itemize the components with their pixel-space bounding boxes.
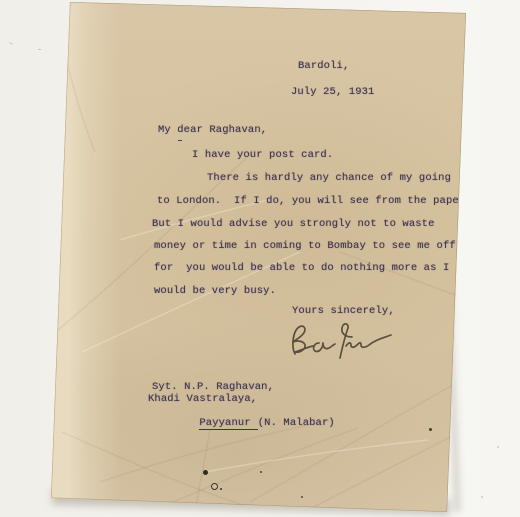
scanner-scratch	[38, 49, 41, 50]
address-town-underlined: Payyanur	[199, 417, 257, 430]
address-line: Khadi Vastralaya,	[148, 393, 257, 405]
letter-paper: Bardoli, July 25, 1931 My dear Raghavan,…	[0, 0, 520, 517]
ink-speck	[220, 488, 222, 490]
ink-speck	[429, 428, 432, 431]
body-line: I have your post card.	[192, 149, 333, 161]
scanner-speck	[497, 446, 499, 448]
body-line: money or time in coming to Bombay to see…	[154, 240, 462, 252]
scanner-scratch	[9, 42, 13, 45]
letter-closing: Yours sincerely,	[292, 305, 395, 317]
signature-bapu-handwriting	[280, 318, 396, 364]
stray-typed-dash	[178, 140, 182, 141]
letter-date: July 25, 1931	[291, 86, 374, 98]
scanner-speck	[481, 496, 483, 498]
address-line: Payyanur(N. Malabar)	[148, 405, 335, 441]
address-region: (N. Malabar)	[258, 417, 335, 429]
body-line: to London. If I do, you will see from th…	[157, 195, 472, 207]
ink-speck	[301, 496, 303, 498]
scanned-letter-page: Bardoli, July 25, 1931 My dear Raghavan,…	[0, 0, 520, 517]
ink-speck	[203, 470, 208, 475]
body-line: for you would be able to do nothing more…	[154, 262, 449, 274]
letter-place: Bardoli,	[298, 60, 349, 72]
body-line: would be very busy.	[154, 285, 276, 297]
body-line: But I would advise you strongly not to w…	[152, 218, 435, 230]
body-line: There is hardly any chance of my going	[207, 172, 451, 184]
letter-salutation: My dear Raghavan,	[158, 124, 267, 136]
address-line: Syt. N.P. Raghavan,	[152, 381, 274, 393]
ink-speck-ring	[211, 483, 218, 490]
ink-speck	[260, 471, 262, 473]
